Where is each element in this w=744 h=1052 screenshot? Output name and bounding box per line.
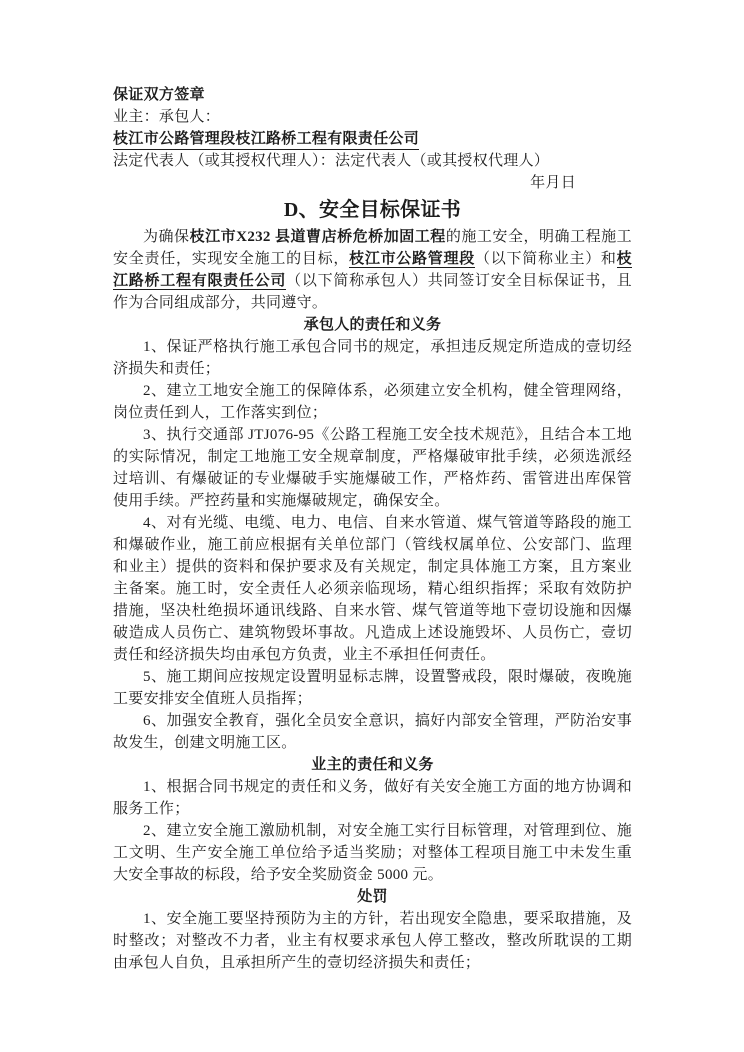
section-heading-owner-duties: 业主的责任和义务	[113, 754, 632, 776]
document-page: 保证双方签章 业主：承包人： 枝江市公路管理段枝江路桥工程有限责任公司 法定代表…	[0, 0, 744, 1052]
date-line: 年月日	[113, 172, 632, 194]
company-name-line: 枝江市公路管理段枝江路桥工程有限责任公司	[113, 128, 632, 150]
clause-paragraph: 3、执行交通部 JTJ076-95《公路工程施工安全技术规范》，且结合本工地的实…	[113, 424, 632, 512]
parties-line: 业主：承包人：	[113, 106, 632, 128]
project-name-text: 枝江市X232 县道曹店桥危桥加固工程	[190, 229, 446, 245]
company-name-text: 枝江市公路管理段枝江路桥工程有限责任公司	[113, 129, 419, 150]
clause-paragraph: 4、对有光缆、电缆、电力、电信、自来水管道、煤气管道等路段的施工和爆破作业，施工…	[113, 512, 632, 666]
clause-paragraph: 1、根据合同书规定的责任和义务，做好有关安全施工方面的地方协调和服务工作；	[113, 776, 632, 820]
intro-paragraph: 为确保枝江市X232 县道曹店桥危桥加固工程的施工安全，明确工程施工安全责任，实…	[113, 226, 632, 314]
clause-paragraph: 2、建立工地安全施工的保障体系，必须建立安全机构，健全管理网络，岗位责任到人，工…	[113, 380, 632, 424]
clause-paragraph: 2、建立安全施工激励机制，对安全施工实行目标管理，对管理到位、施工文明、生产安全…	[113, 820, 632, 886]
seal-line: 保证双方签章	[113, 84, 632, 106]
owner-name-text: 枝江市公路管理段	[349, 251, 475, 268]
document-title: D、安全目标保证书	[113, 196, 632, 224]
section-heading-contractor-duties: 承包人的责任和义务	[113, 314, 632, 336]
document-content: 保证双方签章 业主：承包人： 枝江市公路管理段枝江路桥工程有限责任公司 法定代表…	[113, 84, 632, 974]
clause-paragraph: 5、施工期间应按规定设置明显标志牌，设置警戒段，限时爆破，夜晚施工要安排安全值班…	[113, 666, 632, 710]
section-heading-penalty: 处罚	[113, 886, 632, 908]
clause-paragraph: 1、保证严格执行施工承包合同书的规定，承担违反规定所造成的壹切经济损失和责任；	[113, 336, 632, 380]
legal-representative-line: 法定代表人（或其授权代理人）：法定代表人（或其授权代理人）	[113, 150, 632, 172]
intro-segment: 为确保	[143, 229, 190, 245]
clause-paragraph: 6、加强安全教育，强化全员安全意识，搞好内部安全管理，严防治安事故发生，创建文明…	[113, 710, 632, 754]
clause-paragraph: 1、安全施工要坚持预防为主的方针，若出现安全隐患，要采取措施，及时整改；对整改不…	[113, 908, 632, 974]
intro-segment: （以下简称业主）和	[475, 251, 617, 267]
